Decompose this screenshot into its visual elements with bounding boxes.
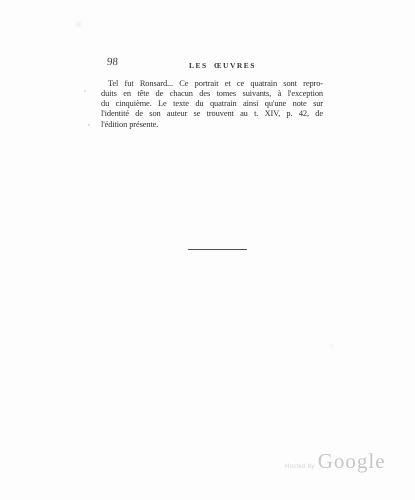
body-paragraph: Tel fut Ronsard... Ce portrait et ce qua…	[101, 79, 323, 130]
scan-speck	[74, 20, 83, 29]
section-divider-rule	[188, 249, 247, 250]
text-line: duits en tête de chacun des tomes suivan…	[101, 89, 323, 99]
text-line: du cinquième. Le texte du quatrain ainsi…	[101, 99, 323, 109]
text-line: Tel fut Ronsard... Ce portrait et ce qua…	[101, 79, 323, 89]
scan-speck	[88, 124, 90, 126]
text-line: l'identité de son auteur se trouvent au …	[101, 109, 323, 119]
scan-speck	[84, 90, 86, 92]
hosted-by-label: Hosted by	[285, 464, 315, 470]
text-line: l'édition présente.	[101, 120, 323, 130]
google-logo: Google	[318, 451, 386, 472]
scan-speck	[328, 343, 335, 348]
book-page: 98 LES ŒUVRES Tel fut Ronsard... Ce port…	[0, 0, 415, 500]
hosted-by-google-watermark: Hosted by Google	[285, 451, 386, 472]
running-header: LES ŒUVRES	[189, 61, 256, 70]
page-number: 98	[107, 56, 119, 68]
